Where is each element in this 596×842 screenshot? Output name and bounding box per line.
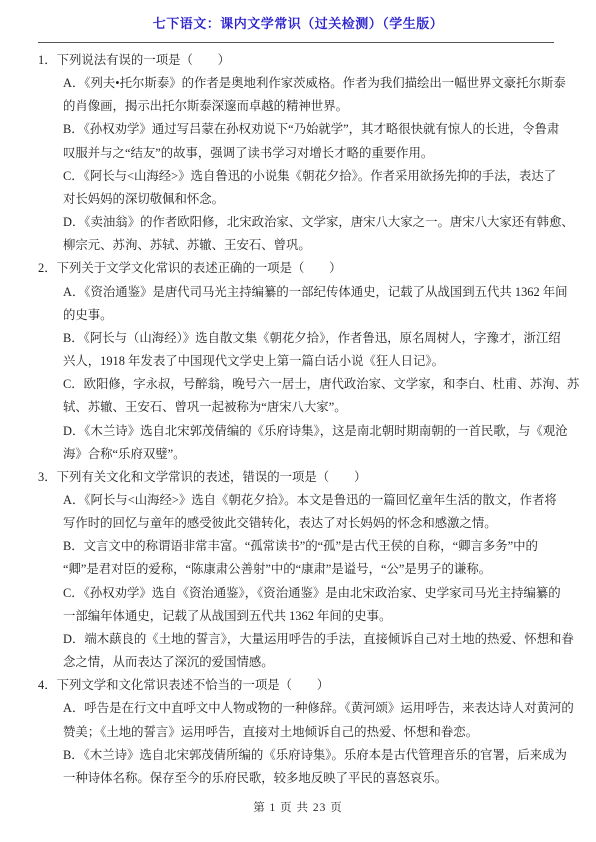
question-3-option-c-line: C．《孙权劝学》选自《资治通鉴》，《资治通鉴》是由北宋政治家、史学家司马光主持编… bbox=[38, 582, 554, 605]
question-4-option-a-line: 赞美；《土地的誓言》运用呼告，直接对土地倾诉自己的热爱、怀想和眷恋。 bbox=[38, 721, 554, 744]
question-2-option-b-line: 兴人，1918 年发表了中国现代文学史上第一篇白话小说《狂人日记》。 bbox=[38, 350, 554, 373]
question-3-option-d-line: 念之情，从而表达了深沉的爱国情感。 bbox=[38, 651, 554, 674]
document-body: 1．下列说法有误的一项是（ ） A．《列夫•托尔斯泰》的作者是奥地利作家茨威格。… bbox=[38, 49, 554, 790]
question-1-option-b-line: 叹服并与之“结友”的故事，强调了读书学习对增长才略的重要作用。 bbox=[38, 142, 554, 165]
question-4-option-b-line: 一种诗体名称。保存至今的乐府民歌，较多地反映了平民的喜怒哀乐。 bbox=[38, 767, 554, 790]
question-2-option-a-line: 的史事。 bbox=[38, 304, 554, 327]
question-4-stem: 4．下列文学和文化常识表述不恰当的一项是（ ） bbox=[38, 674, 554, 697]
question-2-option-c-line: C．欧阳修，字永叔，号醉翁，晚号六一居士，唐代政治家、文学家，和李白、杜甫、苏洵… bbox=[38, 373, 554, 396]
question-2-option-b-line: B．《阿长与（山海经）》选自散文集《朝花夕拾》，作者鲁迅，原名周树人，字豫才，浙… bbox=[38, 327, 554, 350]
question-4-option-a-line: A．呼告是在行文中直呼文中人物或物的一种修辞。《黄河颂》运用呼告，来表达诗人对黄… bbox=[38, 697, 554, 720]
question-2-stem: 2．下列关于文学文化常识的表述正确的一项是（ ） bbox=[38, 257, 554, 280]
question-1-option-a-line: 的肖像画，揭示出托尔斯泰深邃而卓越的精神世界。 bbox=[38, 95, 554, 118]
question-2-option-a-line: A．《资治通鉴》是唐代司马光主持编纂的一部纪传体通史，记载了从战国到五代共 13… bbox=[38, 281, 554, 304]
page-title: 七下语文：课内文学常识（过关检测）（学生版） bbox=[0, 13, 596, 32]
question-3-option-d-line: D．端木蕻良的《土地的誓言》，大量运用呼告的手法，直接倾诉自己对土地的热爱、怀想… bbox=[38, 628, 554, 651]
question-2-option-d-line: 海》合称“乐府双璧”。 bbox=[38, 443, 554, 466]
question-3-stem: 3．下列有关文化和文学常识的表述，错误的一项是（ ） bbox=[38, 466, 554, 489]
question-1-option-d-line: D．《卖油翁》的作者欧阳修，北宋政治家、文学家，唐宋八大家之一。唐宋八大家还有韩… bbox=[38, 211, 554, 234]
title-divider bbox=[38, 42, 554, 43]
question-1-option-c-line: C．《阿长与<山海经>》选自鲁迅的小说集《朝花夕拾》。作者采用欲扬先抑的手法，表… bbox=[38, 165, 554, 188]
question-2-option-d-line: D．《木兰诗》选自北宋郭茂倩编的《乐府诗集》，这是南北朝时期南朝的一首民歌，与《… bbox=[38, 420, 554, 443]
question-3-option-b-line: B．文言文中的称谓语非常丰富。“孤常读书”的“孤”是古代王侯的自称，“卿言多务”… bbox=[38, 535, 554, 558]
question-1-stem: 1．下列说法有误的一项是（ ） bbox=[38, 49, 554, 72]
question-1-option-b-line: B．《孙权劝学》通过写吕蒙在孙权劝说下“乃始就学”，其才略很快就有惊人的长进，令… bbox=[38, 118, 554, 141]
question-1-option-d-line: 柳宗元、苏洵、苏轼、苏辙、王安石、曾巩。 bbox=[38, 234, 554, 257]
question-3-option-c-line: 一部编年体通史，记载了从战国到五代共 1362 年间的史事。 bbox=[38, 605, 554, 628]
question-4-option-b-line: B．《木兰诗》选自北宋郭茂倩所编的《乐府诗集》。乐府本是古代管理音乐的官署，后来… bbox=[38, 744, 554, 767]
document-page: 七下语文：课内文学常识（过关检测）（学生版） 1．下列说法有误的一项是（ ） A… bbox=[0, 0, 596, 842]
question-3-option-b-line: “卿”是君对臣的爱称，“陈康肃公善射”中的“康肃”是谥号，“公”是男子的谦称。 bbox=[38, 558, 554, 581]
question-1-option-c-line: 对长妈妈的深切敬佩和怀念。 bbox=[38, 188, 554, 211]
page-number: 第 1 页 共 23 页 bbox=[0, 799, 596, 815]
question-3-option-a-line: A．《阿长与<山海经>》选自《朝花夕拾》。本文是鲁迅的一篇回忆童年生活的散文，作… bbox=[38, 489, 554, 512]
question-1-option-a-line: A．《列夫•托尔斯泰》的作者是奥地利作家茨威格。作者为我们描绘出一幅世界文豪托尔… bbox=[38, 72, 554, 95]
question-3-option-a-line: 写作时的回忆与童年的感受彼此交错转化，表达了对长妈妈的怀念和感激之情。 bbox=[38, 512, 554, 535]
question-2-option-c-line: 轼、苏辙、王安石、曾巩一起被称为“唐宋八大家”。 bbox=[38, 396, 554, 419]
